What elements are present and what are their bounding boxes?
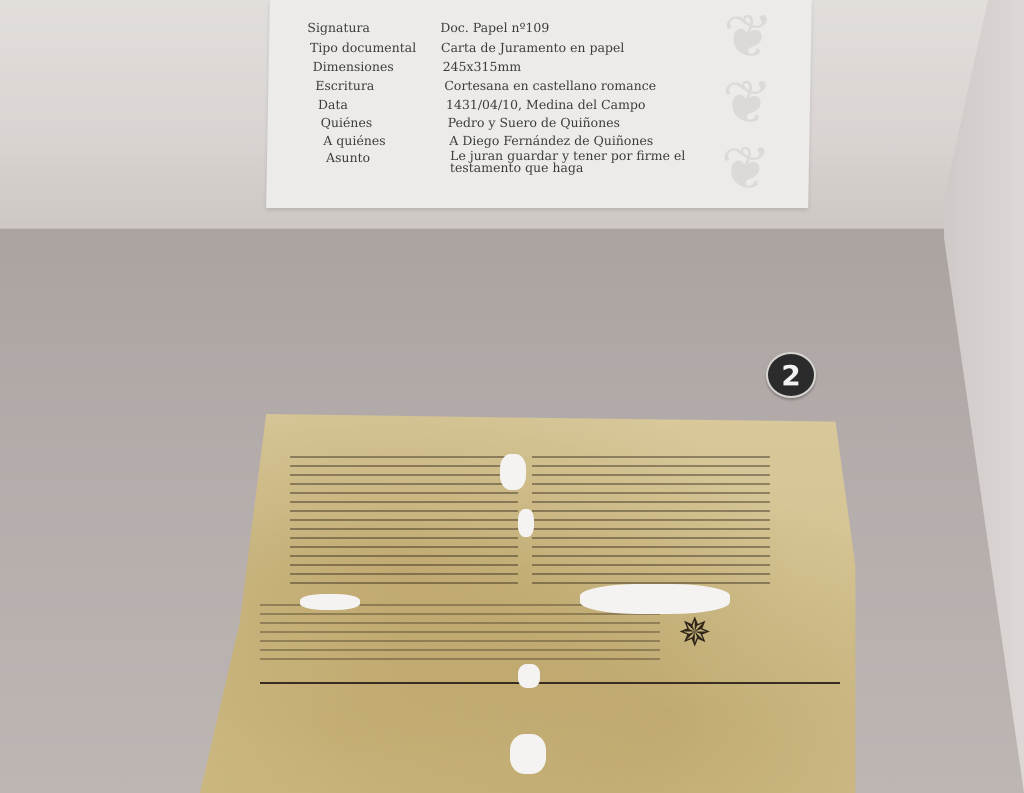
paper-hole <box>300 594 360 610</box>
label-value: Le juran guardar y tener por firme el te… <box>450 150 760 174</box>
paper-hole <box>500 454 526 490</box>
label-key: Tipo documental <box>310 40 416 55</box>
label-key: Data <box>318 97 348 112</box>
label-key: Quiénes <box>321 115 373 130</box>
label-key: Signatura <box>307 20 370 35</box>
paper-hole <box>510 734 546 774</box>
label-value: A Diego Fernández de Quiñones <box>449 133 653 148</box>
label-key: Asunto <box>326 150 370 165</box>
paper-hole <box>580 584 730 614</box>
manuscript-text-left <box>290 456 518 591</box>
label-value: 1431/04/10, Medina del Campo <box>446 97 646 112</box>
label-value: Pedro y Suero de Quiñones <box>448 115 621 130</box>
historic-manuscript-document: ✵ <box>200 414 862 793</box>
exhibit-number-badge: 2 <box>766 352 816 398</box>
notary-sign-icon: ✵ <box>678 610 712 656</box>
label-value: 245x315mm <box>443 59 522 74</box>
label-value: Doc. Papel nº109 <box>440 20 549 35</box>
paper-hole <box>518 509 534 537</box>
manuscript-signature-lines <box>260 604 660 664</box>
label-key: Dimensiones <box>313 59 394 74</box>
ornament-icon: ❦❦❦ <box>710 4 783 204</box>
label-key: A quiénes <box>323 133 386 148</box>
label-value: Cortesana en castellano romance <box>444 78 656 93</box>
label-value: Carta de Juramento en papel <box>441 40 625 55</box>
manuscript-text-right <box>532 456 770 591</box>
label-key: Escritura <box>315 78 374 93</box>
exhibit-number: 2 <box>781 359 800 392</box>
signature-rule <box>260 682 840 684</box>
museum-label-card: ❦❦❦ Signatura Doc. Papel nº109 Tipo docu… <box>266 0 812 208</box>
paper-hole <box>518 664 540 688</box>
